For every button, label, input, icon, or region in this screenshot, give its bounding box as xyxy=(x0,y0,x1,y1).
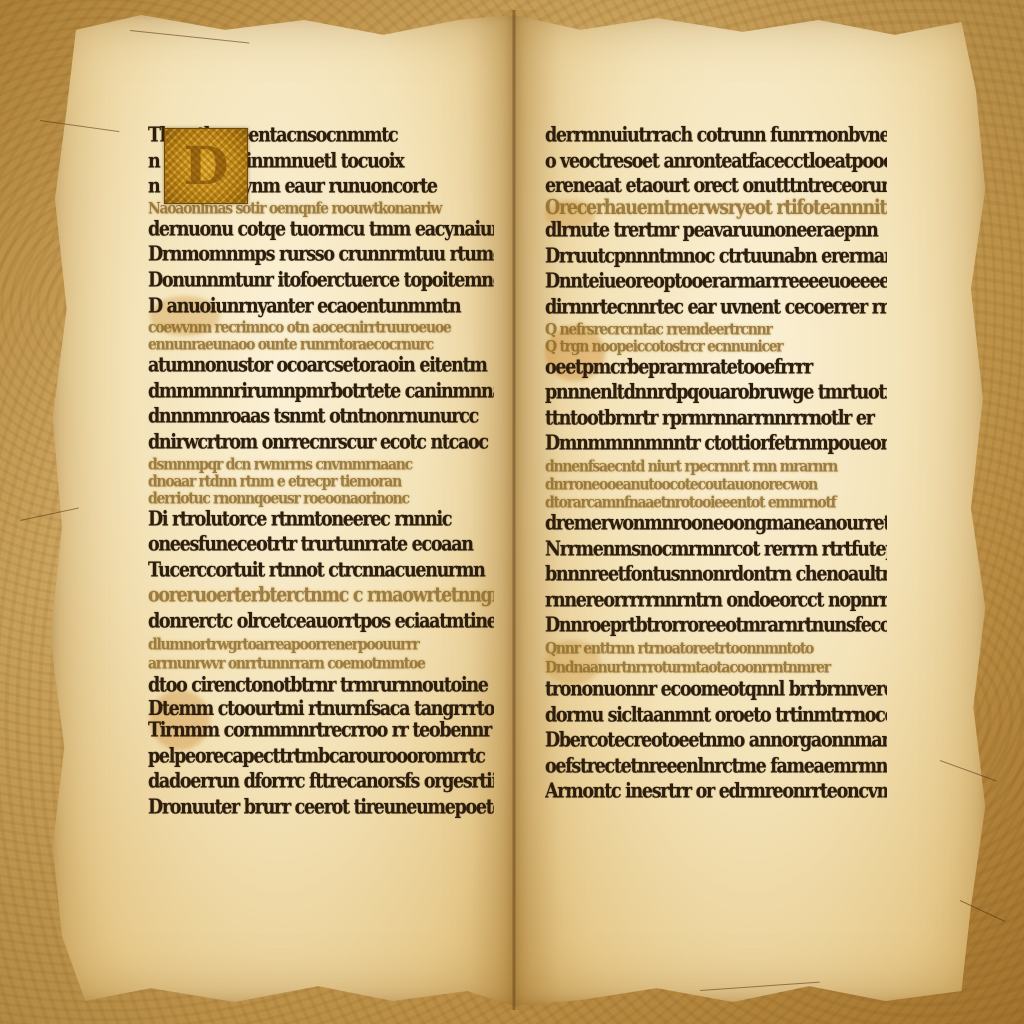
text-line: dirnnrtecnnrtec ear uvnent cecoerrer rrt… xyxy=(545,294,887,323)
right-page-text: derrmnuiutrrach cotrunn funrrnonbvnectd … xyxy=(545,124,887,806)
text-line: dnirwcrtrom onrrecnrscur ecotc ntcaoc xyxy=(148,429,494,458)
left-page-text: Tl urrth oreentacnsocnmmtc n arrmer oiin… xyxy=(148,124,494,821)
text-line: Donunnmtunr itofoerctuerce topoitemne xyxy=(148,267,494,296)
illuminated-initial: D xyxy=(164,128,248,204)
text-line: Dmnmmnnmnntr ctottiorfetrnmpoueonuunic xyxy=(545,430,887,459)
text-line: trononuonnr ecoomeotqnnl brrbrnnvere xyxy=(545,676,887,705)
text-line: Dnnroeprtbtrorroreeotmrarnrtnunsfecon xyxy=(545,612,887,641)
text-line: Armontc inesrtrr or edrmreonrrteoncvm xyxy=(545,778,887,807)
text-line: dremerwonmnrooneoongmaneanourrettoaunn xyxy=(545,510,887,539)
text-line: D anuoiunrnyanter ecaoentunmmtn xyxy=(148,293,494,322)
text-line: donrerctc olrcetceauorrtpos eciaatmtine xyxy=(148,608,494,637)
text-line: Dronuuter brurr ceerot tireuneumepoeto xyxy=(148,794,494,823)
initial-letter: D xyxy=(165,129,247,203)
book-spine xyxy=(512,10,516,1010)
